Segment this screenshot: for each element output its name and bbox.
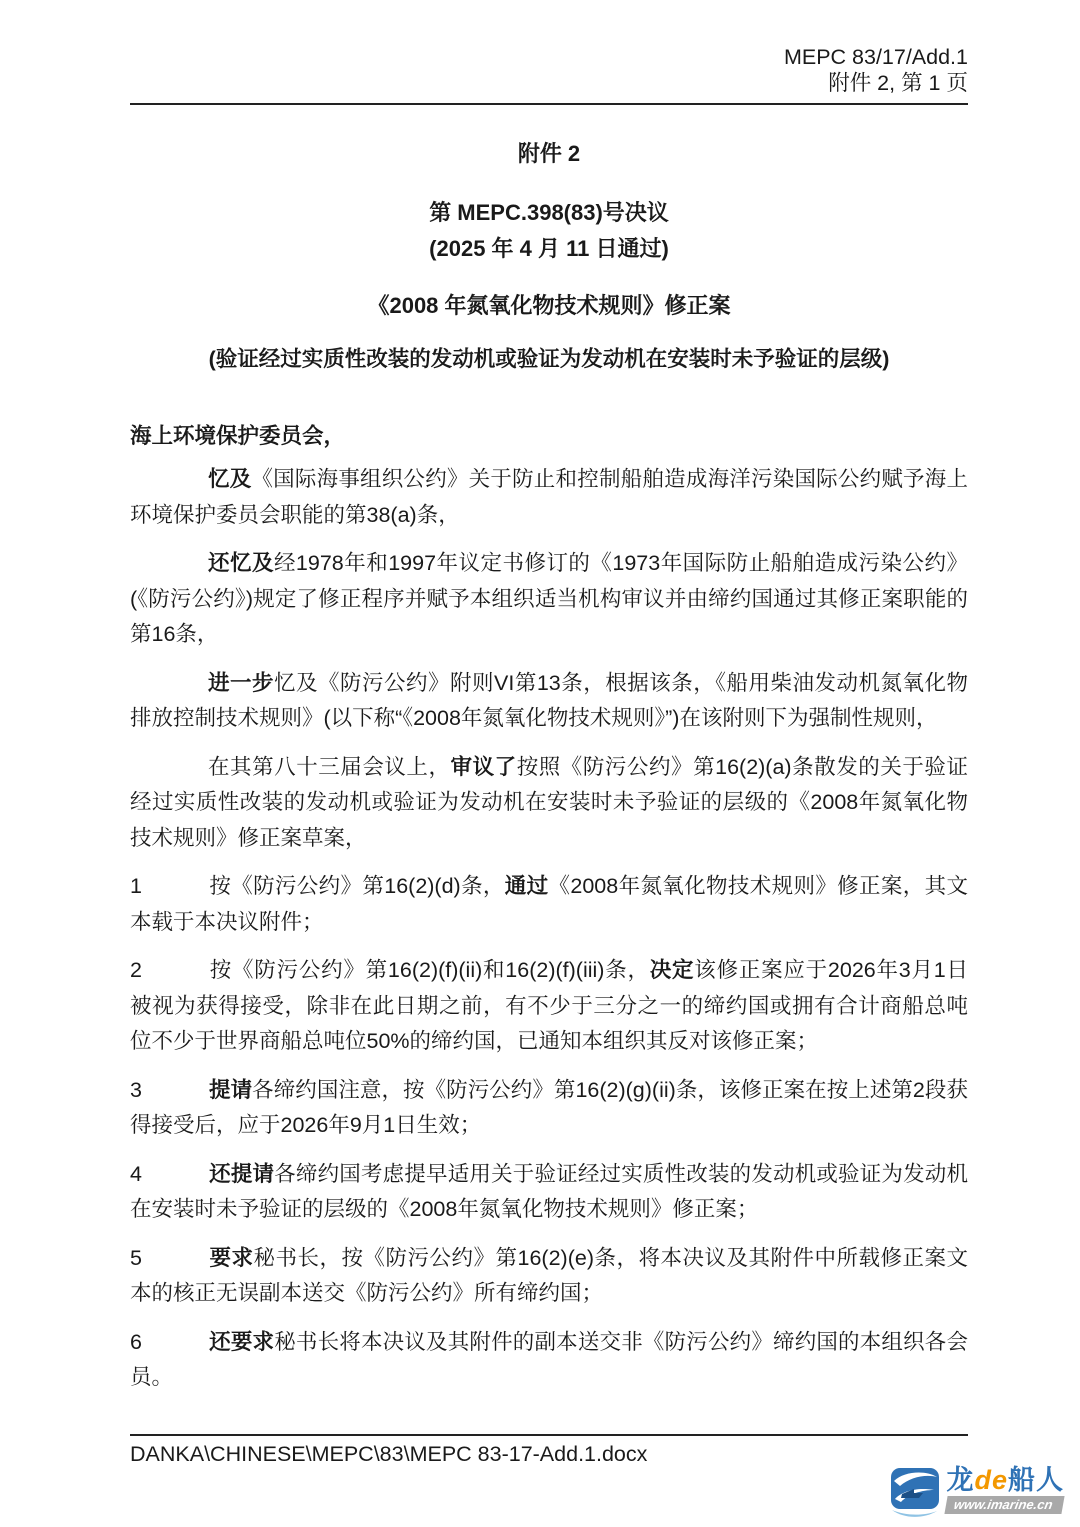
paragraph-number: 5 [130, 1241, 209, 1277]
emphasis-text: 还忆及 [208, 551, 274, 575]
adoption-date: (2025 年 4 月 11 日通过) [130, 231, 968, 267]
paragraph-number: 2 [130, 953, 209, 989]
operative-paragraph: 3提请各缔约国注意，按《防污公约》第16(2)(g)(ii)条，该修正案在按上述… [130, 1073, 968, 1144]
operative-paragraph: 4还提请各缔约国考虑提早适用关于验证经过实质性改装的发动机或验证为发动机在安装时… [130, 1157, 968, 1228]
salutation: 海上环境保护委员会， [130, 423, 968, 449]
preamble-paragraph: 在其第八十三届会议上，审议了按照《防污公约》第16(2)(a)条散发的关于验证经… [130, 750, 968, 857]
body-text: 在其第八十三届会议上， [208, 755, 451, 779]
resolution-number: 第 MEPC.398(83)号决议 [130, 195, 968, 231]
amendment-title: 《2008 年氮氧化物技术规则》修正案 [130, 293, 968, 319]
resolution-block: 第 MEPC.398(83)号决议 (2025 年 4 月 11 日通过) [130, 195, 968, 267]
operative-paragraph: 6还要求秘书长将本决议及其附件的副本送交非《防污公约》缔约国的本组织各会员。 [130, 1325, 968, 1396]
operative-paragraph: 5要求秘书长，按《防污公约》第16(2)(e)条，将本决议及其附件中所载修正案文… [130, 1241, 968, 1312]
emphasis-text: 还提请 [209, 1162, 274, 1186]
body-text: 《国际海事组织公约》关于防止和控制船舶造成海洋污染国际公约赋予海上环境保护委员会… [130, 467, 968, 527]
paragraph-number: 6 [130, 1325, 209, 1361]
operative-paragraph: 1按《防污公约》第16(2)(d)条，通过《2008年氮氧化物技术规则》修正案，… [130, 869, 968, 940]
annex-title: 附件 2 [130, 141, 968, 167]
emphasis-text: 通过 [505, 874, 549, 898]
amendment-subtitle: (验证经过实质性改装的发动机或验证为发动机在安装时未予验证的层级) [130, 346, 968, 372]
imarine-logo-icon [888, 1467, 942, 1524]
document-symbol: MEPC 83/17/Add.1 [130, 44, 968, 70]
preamble-paragraph: 进一步忆及《防污公约》附则VI第13条，根据该条，《船用柴油发动机氮氧化物排放控… [130, 666, 968, 737]
emphasis-text: 审议了 [451, 755, 517, 779]
page-footer: DANKA\CHINESE\MEPC\83\MEPC 83-17-Add.1.d… [130, 1434, 968, 1467]
footer-file-path: DANKA\CHINESE\MEPC\83\MEPC 83-17-Add.1.d… [130, 1441, 968, 1467]
emphasis-text: 忆及 [208, 467, 251, 491]
emphasis-text: 提请 [209, 1078, 252, 1102]
emphasis-text: 要求 [209, 1246, 254, 1270]
operative-section: 1按《防污公约》第16(2)(d)条，通过《2008年氮氧化物技术规则》修正案，… [130, 869, 968, 1396]
emphasis-text: 决定 [650, 958, 695, 982]
body-text: 按《防污公约》第16(2)(f)(ii)和16(2)(f)(iii)条， [209, 958, 650, 982]
emphasis-text: 进一步 [208, 671, 274, 695]
imarine-logo-text: 龙de船人 [946, 1467, 1064, 1494]
preamble-paragraph: 忆及《国际海事组织公约》关于防止和控制船舶造成海洋污染国际公约赋予海上环境保护委… [130, 462, 968, 533]
emphasis-text: 还要求 [209, 1330, 274, 1354]
paragraph-number: 3 [130, 1073, 209, 1109]
page-header: MEPC 83/17/Add.1 附件 2, 第 1 页 [130, 44, 968, 105]
imarine-logo-url: www.imarine.cn [945, 1496, 1065, 1514]
imarine-logo: 龙de船人 www.imarine.cn [888, 1467, 1064, 1524]
body-text: 按《防污公约》第16(2)(d)条， [209, 874, 505, 898]
annex-page-number: 附件 2, 第 1 页 [130, 70, 968, 96]
preamble-paragraph: 还忆及经1978年和1997年议定书修订的《1973年国际防止船舶造成污染公约》… [130, 546, 968, 653]
body-text: 各缔约国注意，按《防污公约》第16(2)(g)(ii)条，该修正案在按上述第2段… [130, 1078, 968, 1138]
document-page: MEPC 83/17/Add.1 附件 2, 第 1 页 附件 2 第 MEPC… [0, 0, 1080, 1527]
paragraph-number: 4 [130, 1157, 209, 1193]
body-text: 秘书长，按《防污公约》第16(2)(e)条，将本决议及其附件中所载修正案文本的核… [130, 1246, 968, 1306]
operative-paragraph: 2按《防污公约》第16(2)(f)(ii)和16(2)(f)(iii)条，决定该… [130, 953, 968, 1060]
preamble-section: 忆及《国际海事组织公约》关于防止和控制船舶造成海洋污染国际公约赋予海上环境保护委… [130, 462, 968, 856]
paragraph-number: 1 [130, 869, 209, 905]
